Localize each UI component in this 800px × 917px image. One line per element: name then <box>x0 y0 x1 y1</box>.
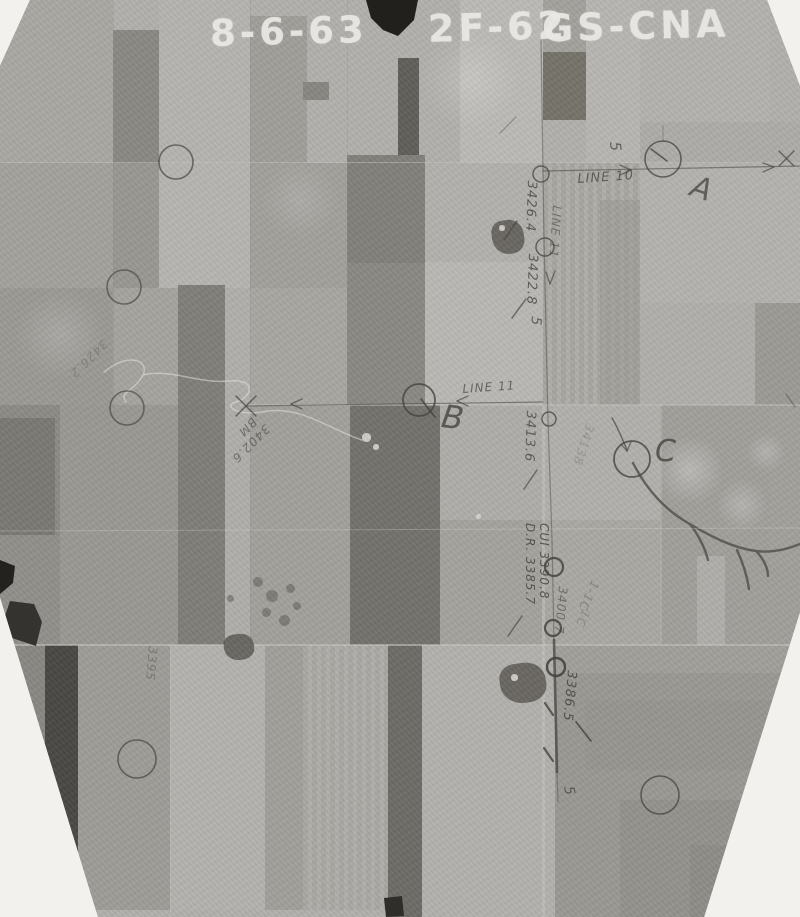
pencil-mark <box>550 271 555 284</box>
pencil-mark <box>763 163 774 167</box>
line-10-label: LINE 10 <box>577 169 634 186</box>
point-b-letter: B <box>440 400 466 435</box>
photo-seam <box>0 528 800 531</box>
elev-3413-6: 3413.6 <box>522 411 537 463</box>
point-c-letter: C <box>655 437 676 467</box>
survey-point-circle <box>118 740 156 778</box>
pencil-mark <box>524 470 537 489</box>
pencil-mark <box>546 272 550 284</box>
pencil-mark <box>544 748 553 761</box>
elev-cui-3390-8: CUI 3390.8 <box>538 523 550 600</box>
line-10-pencil <box>543 166 800 171</box>
pencil-mark <box>779 151 794 166</box>
header-date: 8-6-63 <box>210 11 369 52</box>
line-11-label: LINE 11 <box>462 379 516 395</box>
elev-dr-3385-7: D.R. 3385.7 <box>524 523 536 605</box>
pencil-mark <box>291 404 302 409</box>
survey-point-circle <box>542 412 556 426</box>
pencil-mark <box>545 703 553 715</box>
aerial-photo: 8-6-63 2F-62 GS-CNA LINE 10LINE 11LINE 1… <box>0 0 800 917</box>
survey-point-circle <box>110 391 144 425</box>
survey-point-circle <box>614 441 650 477</box>
pencil-mark <box>627 442 631 451</box>
pencil-mark <box>763 167 774 172</box>
tick-5-b: 5 <box>607 141 623 153</box>
survey-line-vertical-thick <box>554 640 557 772</box>
pencil-mark <box>236 396 256 416</box>
elev-3395-faint: 3395 <box>144 646 159 681</box>
pencil-mark <box>779 151 794 166</box>
tick-5-c: 5 <box>561 785 577 797</box>
pencil-mark <box>651 149 667 161</box>
survey-point-circle <box>533 166 549 182</box>
header-org-code: GS-CNA <box>542 5 730 48</box>
survey-point-circle <box>547 658 565 676</box>
pencil-mark <box>291 399 302 404</box>
point-a-letter: A <box>687 172 716 207</box>
top-fiducial-mark <box>366 0 418 36</box>
elev-3400-7: 3400.7 <box>553 586 569 635</box>
pencil-mark <box>500 117 516 133</box>
arrow-to-point-c <box>612 418 627 450</box>
survey-point-circle <box>107 270 141 304</box>
survey-line-vertical-tail <box>557 772 558 802</box>
survey-point-circle <box>159 145 193 179</box>
aerial-photo-scan: 8-6-63 2F-62 GS-CNA LINE 10LINE 11LINE 1… <box>0 0 800 917</box>
pencil-mark <box>504 221 517 240</box>
line-11-vertical-label: LINE 11 <box>547 205 563 259</box>
left-edge-ink-blob <box>5 601 42 646</box>
elev-3413-8-faint: 34138 <box>571 422 596 467</box>
pencil-mark <box>576 722 591 741</box>
pencil-mark <box>621 444 627 451</box>
annotation-layer: 8-6-63 2F-62 GS-CNA LINE 10LINE 11LINE 1… <box>0 0 800 917</box>
note-1c: 1C <box>574 608 592 629</box>
survey-point-circle <box>403 384 435 416</box>
left-edge-tick-mark <box>0 14 10 40</box>
tick-5-a: 5 <box>528 316 543 327</box>
bottom-edge-mark <box>384 896 404 917</box>
elev-3426-2-faint: 3426.2 <box>68 338 110 380</box>
pencil-mark <box>786 394 795 407</box>
line-11-pencil <box>246 402 543 406</box>
elev-3426-4: 3426.4 <box>523 181 538 233</box>
pencil-mark <box>508 616 522 636</box>
elev-3386-5: 3386.5 <box>561 670 578 722</box>
emulsion-scratch <box>104 360 362 440</box>
elev-3422-8: 3422.8 <box>524 254 539 306</box>
creek-course <box>633 463 800 589</box>
field-patch <box>45 867 78 917</box>
pencil-annotation-overlay <box>0 0 800 917</box>
pencil-mark <box>236 396 256 416</box>
survey-point-circle <box>641 776 679 814</box>
left-edge-fiducial-tab <box>0 560 15 594</box>
survey-point-circle <box>645 141 681 177</box>
pencil-mark <box>421 399 435 417</box>
